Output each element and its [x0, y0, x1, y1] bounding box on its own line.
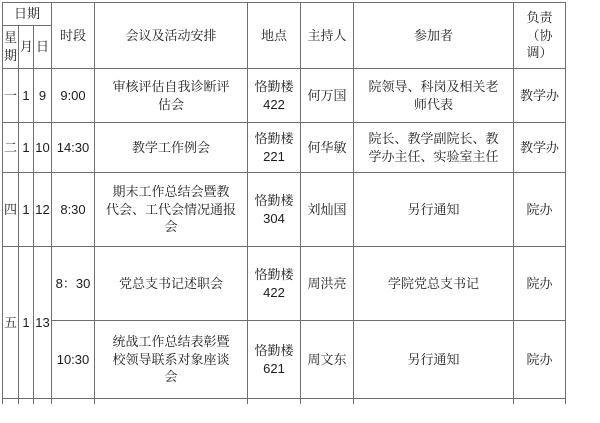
stub-cell: [248, 399, 301, 404]
header-participants: 参加者: [354, 3, 514, 69]
table-row: 五 1 13 8：30 党总支书记述职会 恪勤楼 422 周洪亮 学院党总支书记…: [3, 247, 566, 321]
cell-meeting: 统战工作总结表彰暨 校领导联系对象座谈 会: [95, 321, 248, 399]
cell-day: 10: [34, 123, 52, 173]
cell-meeting: 教学工作例会: [95, 123, 248, 173]
cell-responsible: 教学办: [514, 69, 566, 123]
header-row-top: 日期 时段 会议及活动安排 地点 主持人 参加者 负责 （协 调）: [3, 3, 566, 26]
header-date-group: 日期: [3, 3, 52, 26]
cell-time: 14:30: [52, 123, 95, 173]
cell-meeting: 审核评估自我诊断评 估会: [95, 69, 248, 123]
stub-cell: [52, 399, 95, 404]
cell-weekday: 五: [3, 247, 19, 399]
header-month: 月: [19, 26, 34, 69]
stub-cell: [3, 399, 19, 404]
cutoff-row-stub: [3, 399, 566, 404]
cell-weekday: 一: [3, 69, 19, 123]
stub-cell: [514, 399, 566, 404]
cell-responsible: 教学办: [514, 123, 566, 173]
cell-participants: 院领导、科岗及相关老 师代表: [354, 69, 514, 123]
cell-weekday: 四: [3, 173, 19, 247]
cell-location: 恪勤楼 621: [248, 321, 301, 399]
cell-day: 12: [34, 173, 52, 247]
header-responsible: 负责 （协 调）: [514, 3, 566, 69]
cell-host: 何华敏: [301, 123, 354, 173]
stub-cell: [95, 399, 248, 404]
header-meeting: 会议及活动安排: [95, 3, 248, 69]
table-row: 一 1 9 9:00 审核评估自我诊断评 估会 恪勤楼 422 何万国 院领导、…: [3, 69, 566, 123]
header-weekday: 星期: [3, 26, 19, 69]
cell-location: 恪勤楼 221: [248, 123, 301, 173]
cell-participants: 学院党总支书记: [354, 247, 514, 321]
cell-location: 恪勤楼 422: [248, 247, 301, 321]
cell-participants: 另行通知: [354, 321, 514, 399]
cell-time: 9:00: [52, 69, 95, 123]
table-row: 四 1 12 8:30 期末工作总结会暨教 代会、工代会情况通报 会 恪勤楼 3…: [3, 173, 566, 247]
header-host: 主持人: [301, 3, 354, 69]
cell-time: 8：30: [52, 247, 95, 321]
cell-location: 恪勤楼 304: [248, 173, 301, 247]
header-day: 日: [34, 26, 52, 69]
cell-meeting: 党总支书记述职会: [95, 247, 248, 321]
cell-participants: 院长、教学副院长、教 学办主任、实验室主任: [354, 123, 514, 173]
cell-day: 13: [34, 247, 52, 399]
cell-weekday: 二: [3, 123, 19, 173]
cell-month: 1: [19, 69, 34, 123]
stub-cell: [34, 399, 52, 404]
cell-location: 恪勤楼 422: [248, 69, 301, 123]
stub-cell: [301, 399, 354, 404]
cell-responsible: 院办: [514, 247, 566, 321]
cell-responsible: 院办: [514, 321, 566, 399]
cell-host: 周文东: [301, 321, 354, 399]
cell-month: 1: [19, 123, 34, 173]
table-row: 10:30 统战工作总结表彰暨 校领导联系对象座谈 会 恪勤楼 621 周文东 …: [3, 321, 566, 399]
cell-host: 周洪亮: [301, 247, 354, 321]
header-location: 地点: [248, 3, 301, 69]
cell-month: 1: [19, 173, 34, 247]
cell-responsible: 院办: [514, 173, 566, 247]
cell-time: 8:30: [52, 173, 95, 247]
cell-participants: 另行通知: [354, 173, 514, 247]
cell-time: 10:30: [52, 321, 95, 399]
table-row: 二 1 10 14:30 教学工作例会 恪勤楼 221 何华敏 院长、教学副院长…: [3, 123, 566, 173]
header-time: 时段: [52, 3, 95, 69]
meeting-schedule-table: 日期 时段 会议及活动安排 地点 主持人 参加者 负责 （协 调） 星期 月 日…: [2, 2, 566, 404]
cell-day: 9: [34, 69, 52, 123]
cell-meeting: 期末工作总结会暨教 代会、工代会情况通报 会: [95, 173, 248, 247]
stub-cell: [354, 399, 514, 404]
stub-cell: [19, 399, 34, 404]
cell-host: 何万国: [301, 69, 354, 123]
cell-host: 刘灿国: [301, 173, 354, 247]
cell-month: 1: [19, 247, 34, 399]
